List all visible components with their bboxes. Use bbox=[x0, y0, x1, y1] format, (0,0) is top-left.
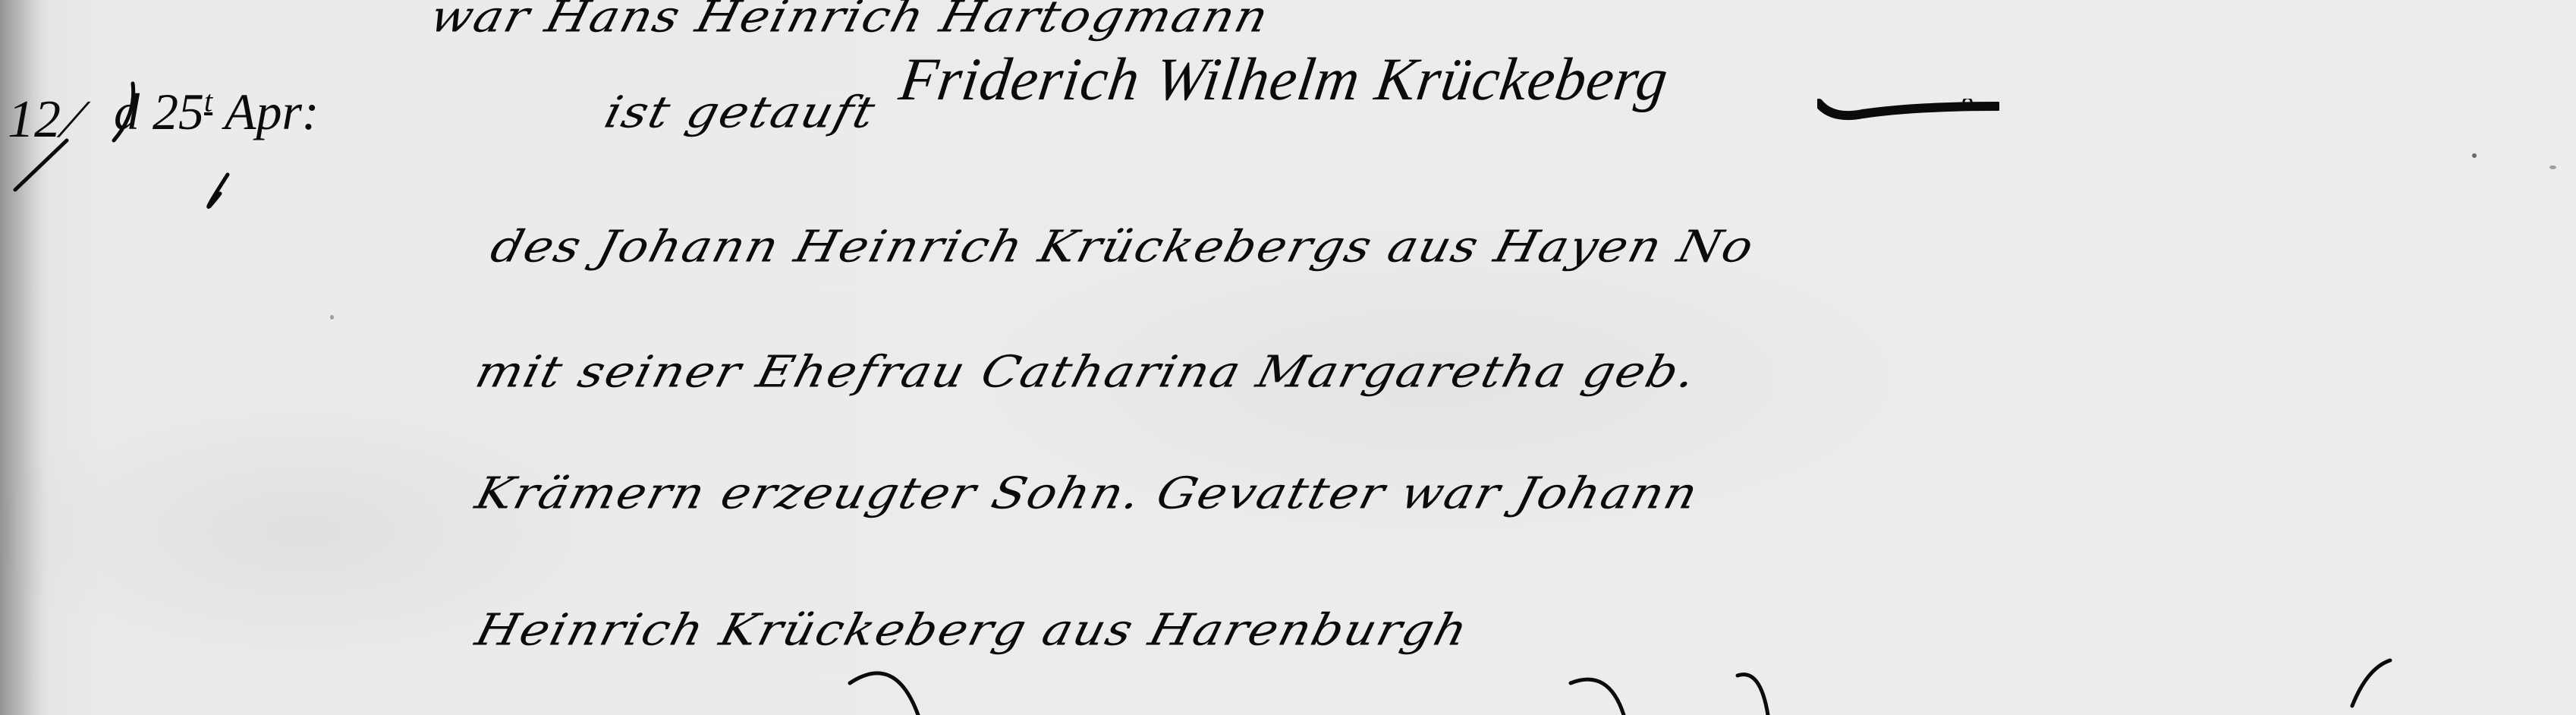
entry-number-value: 12 bbox=[8, 90, 61, 149]
date-day: 25 bbox=[153, 83, 204, 140]
scanned-register-page: war Hans Heinrich Hartogmann 12/ d 25t A… bbox=[0, 0, 2576, 715]
entry-number: 12/ bbox=[8, 90, 80, 150]
entry-date: d 25t Apr: bbox=[114, 82, 319, 142]
name-underline-flourish bbox=[1817, 99, 1999, 121]
date-month: Apr: bbox=[225, 83, 319, 140]
paper-fleck bbox=[2549, 165, 2556, 169]
paper-fleck bbox=[330, 315, 334, 320]
child-name: Friderich Wilhelm Krückeberg bbox=[895, 46, 1672, 115]
baptized-phrase: ist getauft bbox=[599, 87, 881, 138]
entry-line-3: Krämern erzeugter Sohn. Gevatter war Joh… bbox=[470, 468, 1704, 519]
entry-line-2: mit seiner Ehefrau Catharina Margaretha … bbox=[470, 347, 1702, 398]
entry-line-1: des Johann Heinrich Krückebergs aus Haye… bbox=[486, 222, 1760, 272]
paper-fleck bbox=[2472, 153, 2477, 158]
date-prefix: d bbox=[114, 83, 140, 140]
entry-line-4: Heinrich Krückeberg aus Harenburgh bbox=[470, 605, 1474, 656]
date-day-suffix: t bbox=[204, 83, 212, 118]
previous-entry-tail: war Hans Heinrich Hartogmann bbox=[425, 0, 1275, 43]
